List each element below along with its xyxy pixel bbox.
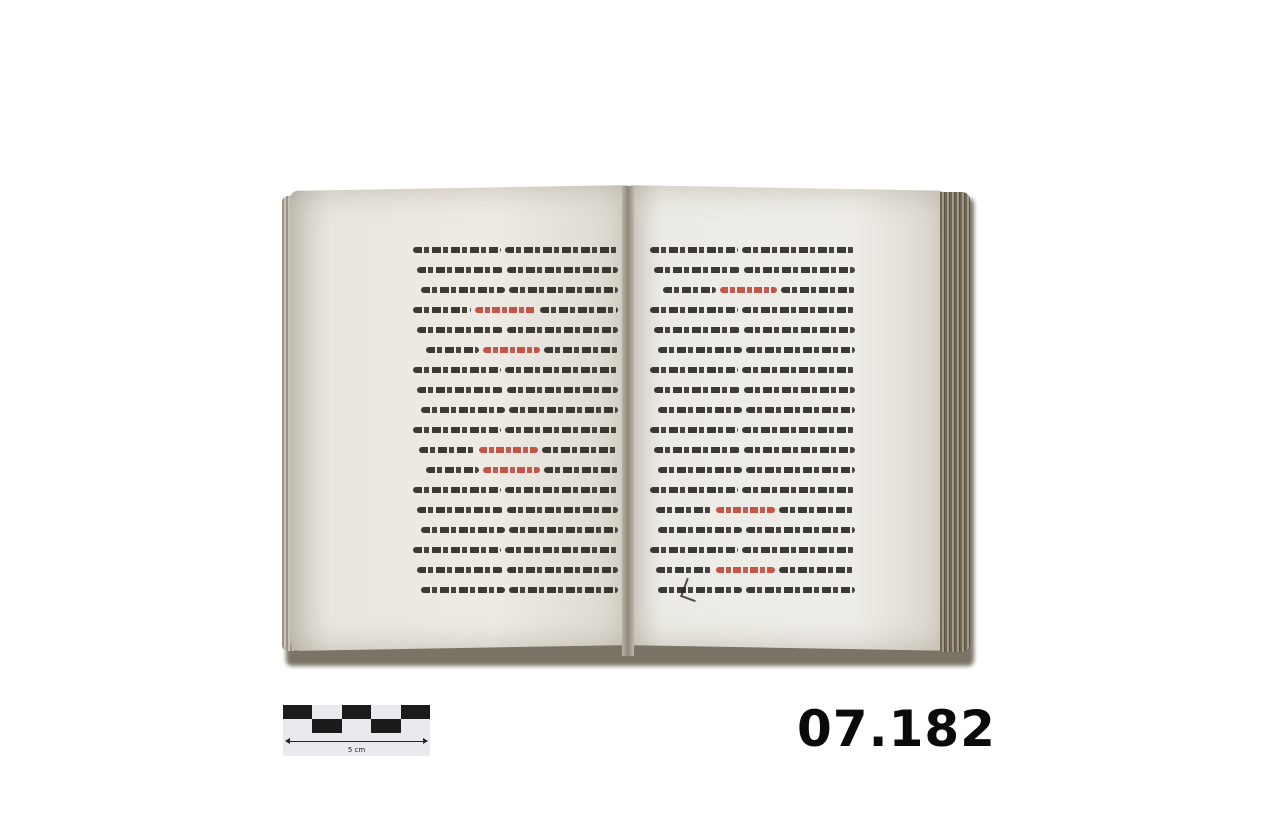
- manuscript-line: [650, 240, 855, 260]
- manuscript-line: [413, 380, 618, 400]
- manuscript-line: [650, 500, 855, 520]
- manuscript-line: [650, 280, 855, 300]
- scale-segment: [401, 719, 430, 733]
- manuscript-line: [413, 540, 618, 560]
- manuscript-line: [650, 540, 855, 560]
- scale-label: 5 cm: [283, 746, 430, 754]
- manuscript-line: [650, 360, 855, 380]
- manuscript-line: [413, 360, 618, 380]
- scale-segment: [312, 705, 341, 719]
- right-page-edges: [940, 192, 970, 652]
- double-arrow-icon: [287, 741, 426, 742]
- manuscript-line: [413, 240, 618, 260]
- manuscript-line: [413, 300, 618, 320]
- manuscript-line: [650, 400, 855, 420]
- manuscript-line: [650, 520, 855, 540]
- manuscript-line: [650, 560, 855, 580]
- scale-segment: [371, 705, 400, 719]
- scale-segment: [342, 705, 371, 719]
- scale-segment: [342, 719, 371, 733]
- scale-bar: 5 cm: [283, 705, 430, 756]
- scale-segment: [371, 719, 400, 733]
- scale-segment: [312, 719, 341, 733]
- book-gutter: [622, 186, 634, 656]
- scale-segment: [401, 705, 430, 719]
- scale-bar-bottom-row: [283, 719, 430, 733]
- manuscript-line: [650, 300, 855, 320]
- left-page-text: [413, 240, 618, 600]
- manuscript-line: [650, 340, 855, 360]
- manuscript-line: [650, 380, 855, 400]
- manuscript-line: [413, 440, 618, 460]
- manuscript-line: [413, 260, 618, 280]
- manuscript-line: [413, 460, 618, 480]
- manuscript-line: [650, 420, 855, 440]
- scale-segment: [283, 719, 312, 733]
- catalog-number: 07.182: [797, 700, 996, 758]
- manuscript-line: [650, 320, 855, 340]
- manuscript-line: [650, 460, 855, 480]
- scale-segment: [283, 705, 312, 719]
- right-page-text: [650, 240, 855, 600]
- scale-bar-top-row: [283, 705, 430, 719]
- manuscript-line: [650, 480, 855, 500]
- manuscript-line: [413, 400, 618, 420]
- manuscript-line: [413, 520, 618, 540]
- manuscript-line: [413, 480, 618, 500]
- manuscript-line: [413, 500, 618, 520]
- manuscript-line: [413, 340, 618, 360]
- manuscript-line: [413, 580, 618, 600]
- manuscript-line: [650, 440, 855, 460]
- manuscript-line: [413, 560, 618, 580]
- manuscript-line: [650, 260, 855, 280]
- open-manuscript: [278, 178, 978, 663]
- manuscript-line: [413, 320, 618, 340]
- manuscript-line: [413, 420, 618, 440]
- manuscript-line: [413, 280, 618, 300]
